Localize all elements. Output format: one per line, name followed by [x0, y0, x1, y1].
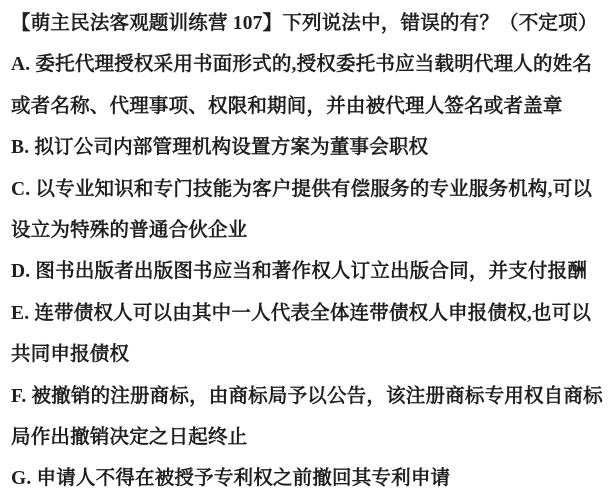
option-f: F. 被撤销的注册商标，由商标局予以公告，该注册商标专用权自商标 局作出撤销决定… [11, 376, 608, 459]
option-e: E. 连带债权人可以由其中一人代表全体连带债权人申报债权,也可以 共同申报债权 [11, 293, 608, 376]
option-a: A. 委托代理授权采用书面形式的,授权委托书应当载明代理人的姓名 或者名称、代理… [11, 44, 608, 127]
question-page: 【萌主民法客观题训练营 107】下列说法中，错误的有？（不定项） A. 委托代理… [0, 0, 614, 502]
option-b: B. 拟订公司内部管理机构设置方案为董事会职权 [11, 127, 608, 168]
question-title: 【萌主民法客观题训练营 107】下列说法中，错误的有？（不定项） [11, 3, 608, 44]
option-g: G. 申请人不得在被授予专利权之前撤回其专利申请 [11, 458, 608, 499]
option-d: D. 图书出版者出版图书应当和著作权人订立出版合同，并支付报酬 [11, 251, 608, 292]
option-c: C. 以专业知识和专门技能为客户提供有偿服务的专业服务机构,可以 设立为特殊的普… [11, 169, 608, 252]
